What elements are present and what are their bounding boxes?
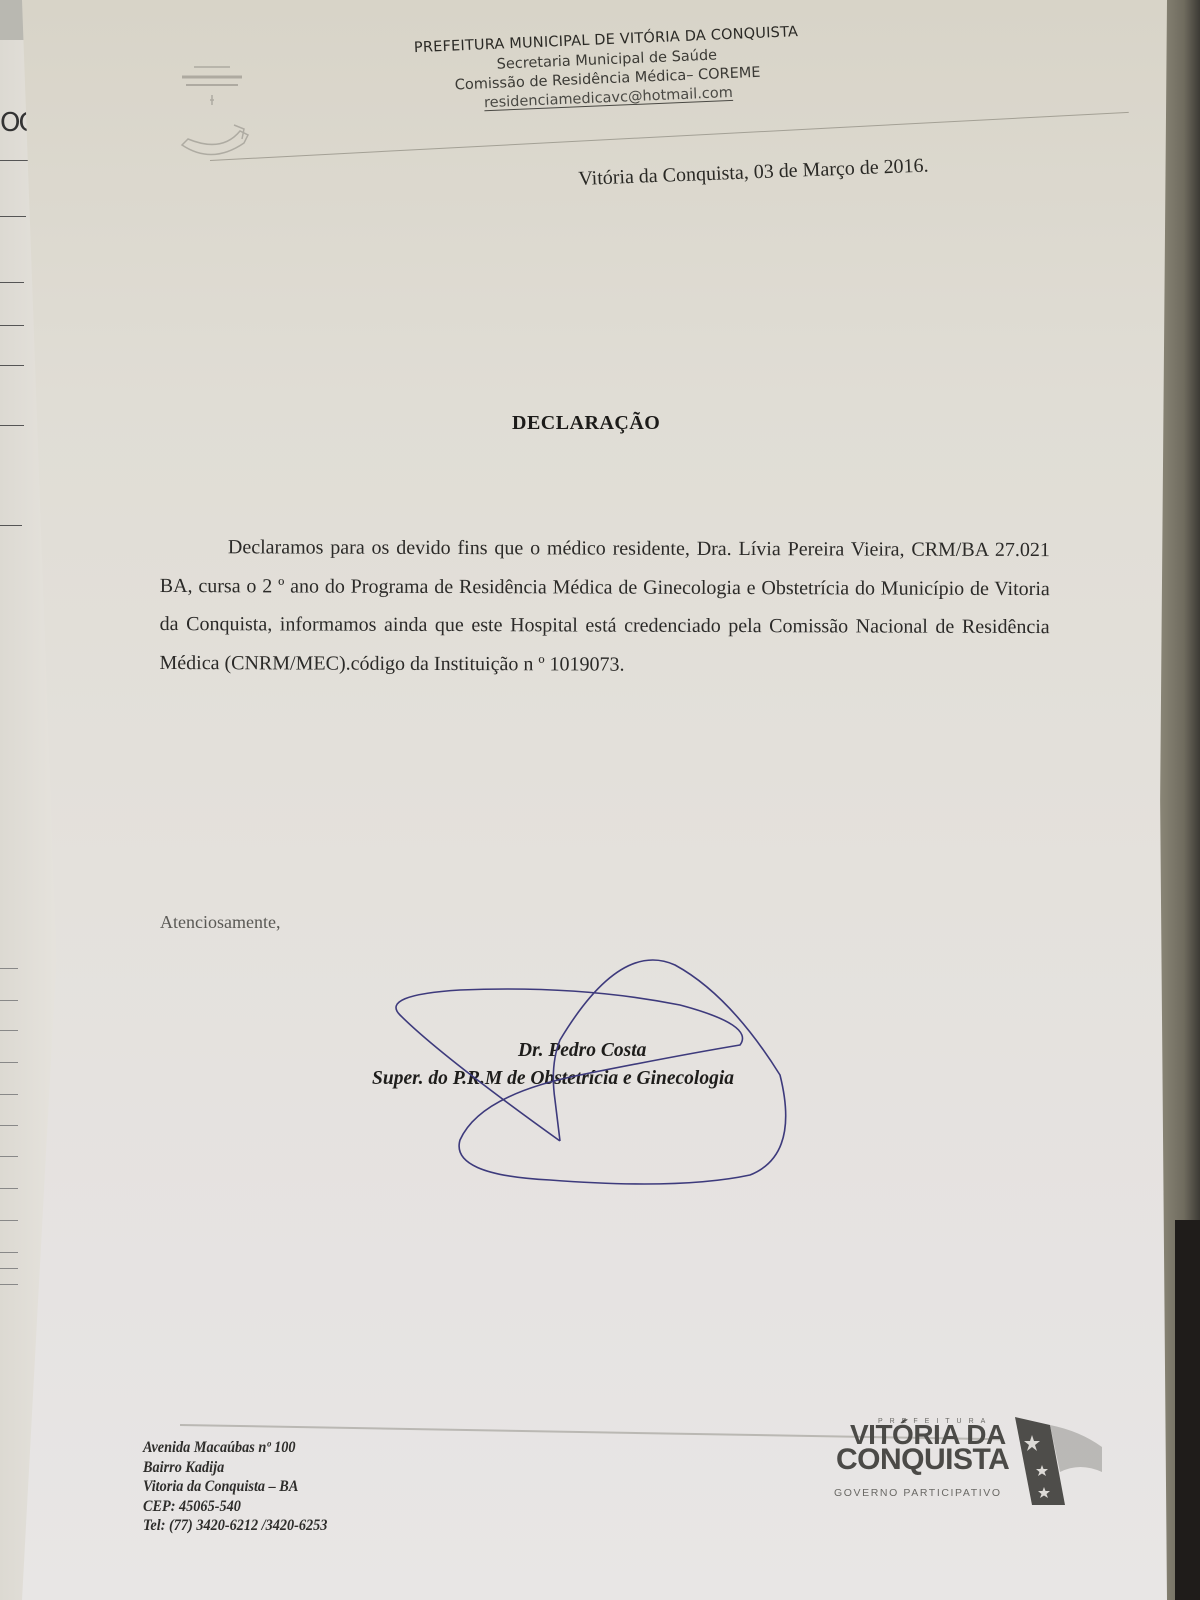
- underlying-line: [0, 160, 28, 161]
- address-city: Vitoria da Conquista – BA: [143, 1477, 327, 1497]
- city-logo: PREFEITURA VITÓRIA DA CONQUISTA GOVERNO …: [830, 1415, 1110, 1515]
- letterhead: PREFEITURA MUNICIPAL DE VITÓRIA DA CONQU…: [370, 0, 844, 116]
- address-neighborhood: Bairro Kadija: [143, 1458, 327, 1478]
- address-street: Avenida Macaúbas nº 100: [143, 1438, 327, 1458]
- underlying-tick: [0, 1125, 18, 1126]
- address-zip: CEP: 45065-540: [143, 1497, 327, 1517]
- underlying-tick: [0, 1030, 18, 1031]
- flag-stars-icon: [1010, 1417, 1105, 1507]
- underlying-line: [0, 216, 26, 217]
- underlying-line: [0, 365, 24, 366]
- declaration-text: Declaramos para os devido fins que o méd…: [159, 536, 1049, 675]
- footer-address: Avenida Macaúbas nº 100 Bairro Kadija Vi…: [143, 1438, 327, 1536]
- underlying-tick: [0, 1188, 18, 1189]
- document-title: DECLARAÇÃO: [512, 412, 660, 435]
- closing-salutation: Atenciosamente,: [160, 912, 280, 933]
- underlying-tick: [0, 1094, 18, 1095]
- underlying-tick: [0, 1268, 18, 1269]
- document-page: [22, 0, 1167, 1600]
- logo-line2: CONQUISTA: [836, 1443, 1009, 1477]
- underlying-line: [0, 282, 24, 283]
- underlying-tick: [0, 1000, 18, 1001]
- underlying-line: [0, 425, 24, 426]
- underlying-tick: [0, 1252, 18, 1253]
- background-surface-dark: [1175, 1220, 1200, 1600]
- underlying-tick: [0, 968, 18, 969]
- municipal-crest-icon: [172, 55, 252, 165]
- underlying-tick: [0, 1156, 18, 1157]
- underlying-tick: [0, 1062, 18, 1063]
- logo-tagline: GOVERNO PARTICIPATIVO: [834, 1487, 1002, 1499]
- declaration-body: Declaramos para os devido fins que o méd…: [159, 528, 1050, 685]
- underlying-tick: [0, 1220, 18, 1221]
- underlying-line: [0, 525, 22, 526]
- underlying-tick: [0, 1284, 18, 1285]
- address-phone: Tel: (77) 3420-6212 /3420-6253: [143, 1516, 327, 1536]
- handwritten-signature-icon: [380, 955, 840, 1195]
- underlying-line: [0, 325, 24, 326]
